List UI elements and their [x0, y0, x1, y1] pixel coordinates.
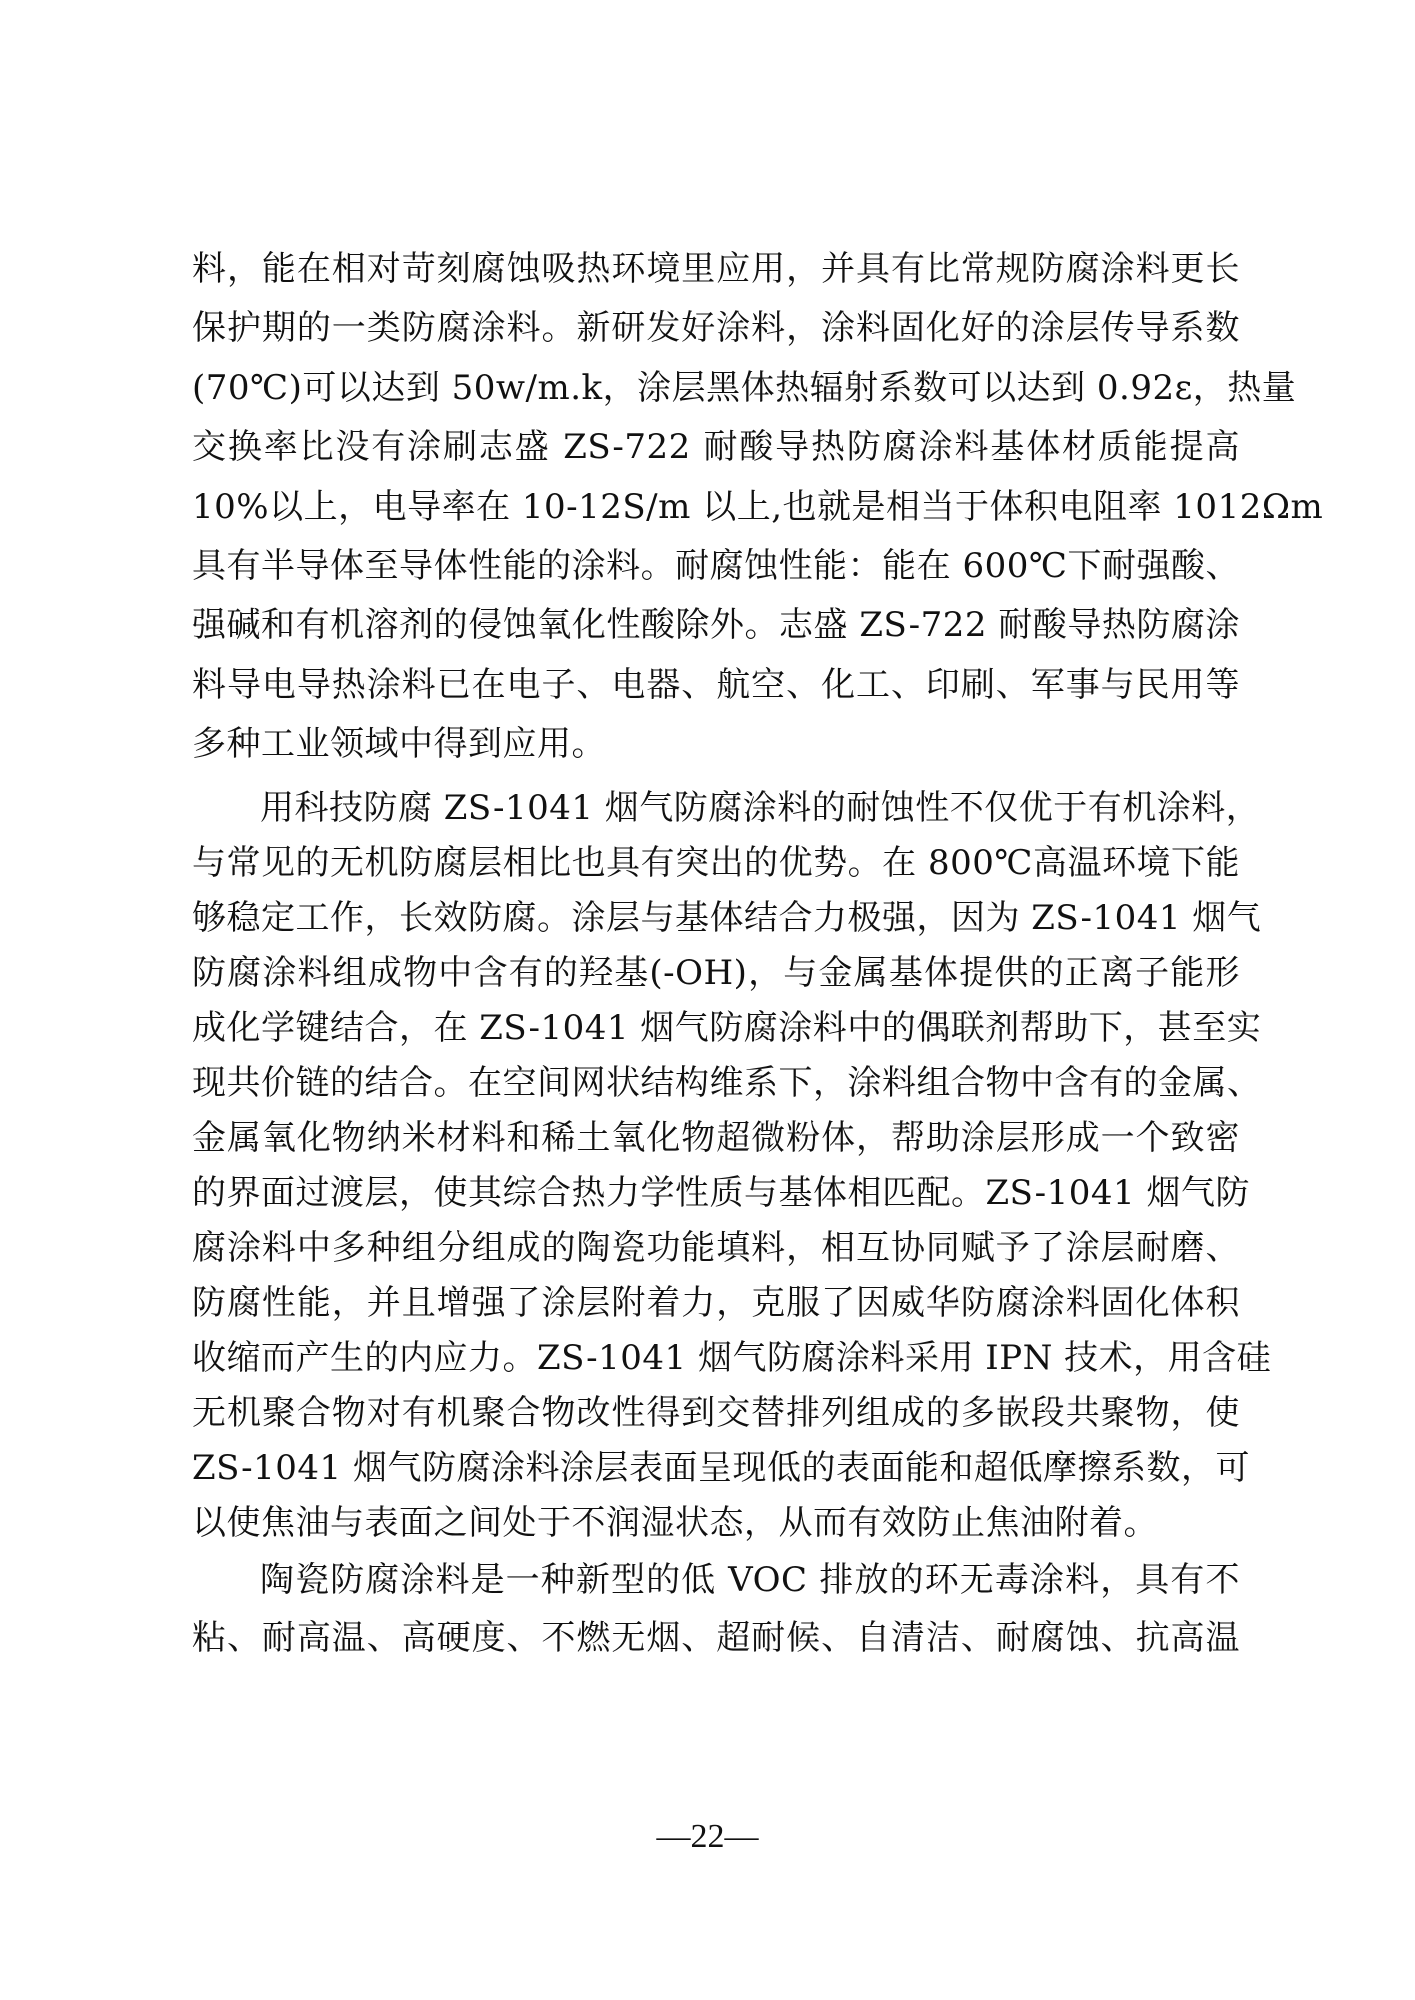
- text-line: 够稳定工作，长效防腐。涂层与基体结合力极强，因为 ZS-1041 烟气: [192, 891, 1240, 946]
- text-line: 陶瓷防腐涂料是一种新型的低 VOC 排放的环无毒涂料，具有不: [192, 1551, 1240, 1609]
- text-line: 收缩而产生的内应力。ZS-1041 烟气防腐涂料采用 IPN 技术，用含硅: [192, 1331, 1240, 1386]
- text-line: 料，能在相对苛刻腐蚀吸热环境里应用，并具有比常规防腐涂料更长: [192, 240, 1240, 299]
- text-line: 强碱和有机溶剂的侵蚀氧化性酸除外。志盛 ZS-722 耐酸导热防腐涂: [192, 596, 1240, 655]
- text-line: 用科技防腐 ZS-1041 烟气防腐涂料的耐蚀性不仅优于有机涂料，: [192, 781, 1240, 836]
- text-line: 多种工业领域中得到应用。: [192, 715, 1240, 774]
- text-line: 保护期的一类防腐涂料。新研发好涂料，涂料固化好的涂层传导系数: [192, 299, 1240, 358]
- text-line: 与常见的无机防腐层相比也具有突出的优势。在 800℃高温环境下能: [192, 836, 1240, 891]
- text-line: 无机聚合物对有机聚合物改性得到交替排列组成的多嵌段共聚物，使: [192, 1386, 1240, 1441]
- text-line: 交换率比没有涂刷志盛 ZS-722 耐酸导热防腐涂料基体材质能提高: [192, 418, 1240, 477]
- text-line: 10%以上，电导率在 10-12S/m 以上,也就是相当于体积电阻率 1012Ω…: [192, 478, 1240, 537]
- page-number: —22—: [0, 1818, 1415, 1856]
- text-line: 具有半导体至导体性能的涂料。耐腐蚀性能：能在 600℃下耐强酸、: [192, 537, 1240, 596]
- text-line: 现共价链的结合。在空间网状结构维系下，涂料组合物中含有的金属、: [192, 1056, 1240, 1111]
- text-line: 防腐涂料组成物中含有的羟基(-OH)，与金属基体提供的正离子能形: [192, 946, 1240, 1001]
- paragraph-1: 料，能在相对苛刻腐蚀吸热环境里应用，并具有比常规防腐涂料更长 保护期的一类防腐涂…: [192, 240, 1240, 775]
- paragraph-2: 用科技防腐 ZS-1041 烟气防腐涂料的耐蚀性不仅优于有机涂料， 与常见的无机…: [192, 781, 1240, 1551]
- text-line: 的界面过渡层，使其综合热力学性质与基体相匹配。ZS-1041 烟气防: [192, 1166, 1240, 1221]
- text-line: 以使焦油与表面之间处于不润湿状态，从而有效防止焦油附着。: [192, 1496, 1240, 1551]
- text-line: ZS-1041 烟气防腐涂料涂层表面呈现低的表面能和超低摩擦系数，可: [192, 1441, 1240, 1496]
- text-line: 防腐性能，并且增强了涂层附着力，克服了因威华防腐涂料固化体积: [192, 1276, 1240, 1331]
- text-line: 料导电导热涂料已在电子、电器、航空、化工、印刷、军事与民用等: [192, 656, 1240, 715]
- text-line: (70℃)可以达到 50w/m.k，涂层黑体热辐射系数可以达到 0.92ε，热量: [192, 359, 1240, 418]
- text-line: 腐涂料中多种组分组成的陶瓷功能填料，相互协同赋予了涂层耐磨、: [192, 1221, 1240, 1276]
- document-page: 料，能在相对苛刻腐蚀吸热环境里应用，并具有比常规防腐涂料更长 保护期的一类防腐涂…: [0, 0, 1415, 2000]
- text-line: 金属氧化物纳米材料和稀土氧化物超微粉体，帮助涂层形成一个致密: [192, 1111, 1240, 1166]
- text-line: 粘、耐高温、高硬度、不燃无烟、超耐候、自清洁、耐腐蚀、抗高温: [192, 1609, 1240, 1667]
- body-text: 料，能在相对苛刻腐蚀吸热环境里应用，并具有比常规防腐涂料更长 保护期的一类防腐涂…: [192, 240, 1240, 1667]
- text-line: 成化学键结合，在 ZS-1041 烟气防腐涂料中的偶联剂帮助下，甚至实: [192, 1001, 1240, 1056]
- paragraph-3: 陶瓷防腐涂料是一种新型的低 VOC 排放的环无毒涂料，具有不 粘、耐高温、高硬度…: [192, 1551, 1240, 1667]
